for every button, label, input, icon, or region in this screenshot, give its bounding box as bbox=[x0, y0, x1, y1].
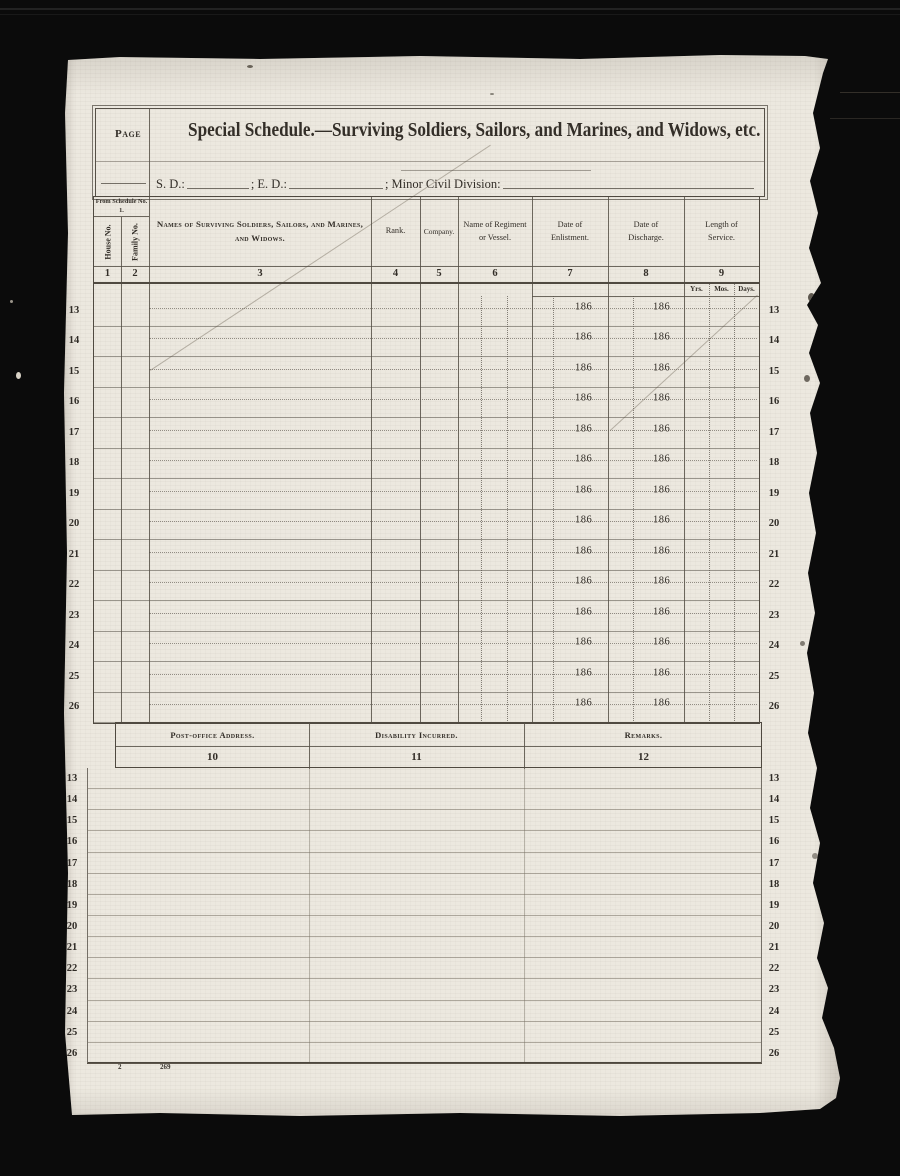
mcd-label: ; Minor Civil Division: bbox=[385, 178, 501, 191]
row-number: 14 bbox=[60, 326, 88, 357]
schedule-row: 186186 bbox=[94, 418, 759, 449]
col-number: 8 bbox=[608, 266, 684, 282]
row-numbers-right: 1314151617181920212223242526 bbox=[762, 768, 786, 1064]
scan-streak bbox=[0, 8, 900, 10]
schedule-row: 186186 bbox=[94, 510, 759, 541]
row-number: 25 bbox=[60, 1022, 84, 1043]
year-preprint-enlistment: 186 bbox=[575, 393, 592, 404]
row-number: 16 bbox=[760, 387, 788, 418]
mos-subheader: Mos. bbox=[709, 282, 734, 296]
edge-stain bbox=[804, 375, 810, 382]
edge-stain bbox=[814, 305, 819, 311]
col-number: 3 bbox=[149, 266, 371, 282]
edge-stain bbox=[808, 293, 815, 302]
row-number: 24 bbox=[760, 631, 788, 662]
row-number: 18 bbox=[762, 874, 786, 895]
year-preprint-enlistment: 186 bbox=[575, 362, 592, 373]
row-number: 17 bbox=[762, 853, 786, 874]
row-number: 21 bbox=[60, 539, 88, 570]
row-number: 26 bbox=[60, 1043, 84, 1064]
year-preprint-enlistment: 186 bbox=[575, 423, 592, 434]
row-number: 18 bbox=[60, 448, 88, 479]
row-number: 22 bbox=[762, 958, 786, 979]
row-numbers-left: 1314151617181920212223242526 bbox=[60, 768, 84, 1064]
row-number: 26 bbox=[762, 1043, 786, 1064]
form-title: Special Schedule.—Surviving Soldiers, Sa… bbox=[149, 120, 764, 142]
row-number: 19 bbox=[760, 478, 788, 509]
scan-speck bbox=[10, 300, 13, 303]
year-preprint-enlistment: 186 bbox=[575, 332, 592, 343]
scanned-page: Page Special Schedule.—Surviving Soldier… bbox=[60, 53, 848, 1118]
footer-form-number: 269 bbox=[160, 1063, 171, 1071]
address-row bbox=[88, 874, 761, 895]
service-header: Length of Service. bbox=[684, 197, 759, 266]
year-preprint-enlistment: 186 bbox=[575, 484, 592, 495]
row-number: 23 bbox=[60, 979, 84, 1000]
scan-speck bbox=[16, 372, 21, 379]
year-preprint-discharge: 186 bbox=[653, 637, 670, 648]
year-preprint-discharge: 186 bbox=[653, 362, 670, 373]
company-header: Company. bbox=[420, 197, 458, 266]
address-row bbox=[88, 958, 761, 979]
schedule-row: 186186 bbox=[94, 449, 759, 480]
scan-streak bbox=[840, 92, 900, 93]
address-row bbox=[88, 1001, 761, 1022]
year-preprint-enlistment: 186 bbox=[575, 576, 592, 587]
row-number: 13 bbox=[760, 295, 788, 326]
col-number: 2 bbox=[121, 266, 149, 282]
schedule-row: 186186 bbox=[94, 327, 759, 358]
row-number: 20 bbox=[60, 916, 84, 937]
col-number: 10 bbox=[116, 746, 309, 769]
row-number: 14 bbox=[762, 789, 786, 810]
address-row bbox=[88, 895, 761, 916]
col-number: 4 bbox=[371, 266, 420, 282]
schedule-row: 186186 bbox=[94, 540, 759, 571]
row-number: 23 bbox=[760, 600, 788, 631]
row-number: 20 bbox=[762, 916, 786, 937]
row-number: 24 bbox=[60, 631, 88, 662]
year-preprint-discharge: 186 bbox=[653, 545, 670, 556]
row-number: 18 bbox=[760, 448, 788, 479]
row-number: 18 bbox=[60, 874, 84, 895]
row-number: 21 bbox=[60, 937, 84, 958]
year-preprint-discharge: 186 bbox=[653, 515, 670, 526]
remarks-header: Remarks. bbox=[524, 723, 763, 746]
year-preprint-discharge: 186 bbox=[653, 698, 670, 709]
row-rule-heavy bbox=[94, 282, 759, 284]
scan-streak bbox=[830, 118, 900, 119]
address-row bbox=[88, 1043, 761, 1064]
year-preprint-enlistment: 186 bbox=[575, 606, 592, 617]
regiment-header: Name of Regiment or Vessel. bbox=[458, 197, 532, 266]
row-numbers-left: 1314151617181920212223242526 bbox=[60, 295, 88, 722]
year-preprint-enlistment: 186 bbox=[575, 637, 592, 648]
row-number: 15 bbox=[762, 810, 786, 831]
col-number: 11 bbox=[309, 746, 524, 769]
form-header-box: Page Special Schedule.—Surviving Soldier… bbox=[95, 108, 765, 197]
row-number: 19 bbox=[60, 895, 84, 916]
year-preprint-enlistment: 186 bbox=[575, 667, 592, 678]
scan-streak bbox=[0, 14, 900, 15]
address-row bbox=[88, 810, 761, 831]
row-number: 15 bbox=[60, 810, 84, 831]
page-number-blank bbox=[101, 183, 146, 184]
year-preprint-discharge: 186 bbox=[653, 332, 670, 343]
col-number: 1 bbox=[94, 266, 121, 282]
row-number: 14 bbox=[760, 326, 788, 357]
address-row bbox=[88, 937, 761, 958]
row-number: 26 bbox=[760, 692, 788, 723]
row-number: 17 bbox=[60, 417, 88, 448]
edge-stain bbox=[812, 853, 818, 859]
row-number: 16 bbox=[60, 387, 88, 418]
footer-page-mark: 2 bbox=[118, 1063, 122, 1071]
row-number: 23 bbox=[60, 600, 88, 631]
row-number: 22 bbox=[60, 958, 84, 979]
page-label: Page bbox=[106, 128, 150, 140]
row-number: 21 bbox=[760, 539, 788, 570]
row-number: 17 bbox=[760, 417, 788, 448]
row-number: 15 bbox=[760, 356, 788, 387]
row-number: 22 bbox=[760, 570, 788, 601]
row-numbers-right: 1314151617181920212223242526 bbox=[760, 295, 788, 722]
year-preprint-discharge: 186 bbox=[653, 454, 670, 465]
year-preprint-enlistment: 186 bbox=[575, 698, 592, 709]
row-number: 16 bbox=[762, 831, 786, 852]
from-schedule-label: From Schedule No. 1. bbox=[94, 197, 149, 217]
year-preprint-discharge: 186 bbox=[653, 667, 670, 678]
col-number: 12 bbox=[524, 746, 763, 769]
sd-blank bbox=[187, 186, 249, 189]
col-number: 5 bbox=[420, 266, 458, 282]
address-row bbox=[88, 768, 761, 789]
yrs-subheader: Yrs. bbox=[684, 282, 709, 296]
names-header: Names of Surviving Soldiers, Sailors, an… bbox=[149, 197, 371, 266]
schedule-row: 186186 bbox=[94, 296, 759, 327]
schedule-row: 186186 bbox=[94, 693, 759, 724]
address-row bbox=[88, 789, 761, 810]
soldiers-table: From Schedule No. 1. House No. Family No… bbox=[93, 196, 760, 724]
schedule-row: 186186 bbox=[94, 479, 759, 510]
year-preprint-enlistment: 186 bbox=[575, 301, 592, 312]
address-row bbox=[88, 853, 761, 874]
row-number: 22 bbox=[60, 570, 88, 601]
year-preprint-discharge: 186 bbox=[653, 301, 670, 312]
row-number: 20 bbox=[60, 509, 88, 540]
enlistment-header: Date of Enlistment. bbox=[532, 197, 608, 266]
ed-blank bbox=[289, 186, 383, 189]
schedule-row: 186186 bbox=[94, 571, 759, 602]
address-row bbox=[88, 979, 761, 1000]
discharge-header: Date of Discharge. bbox=[608, 197, 684, 266]
rank-header: Rank. bbox=[371, 197, 420, 266]
row-number: 13 bbox=[762, 768, 786, 789]
row-number: 26 bbox=[60, 692, 88, 723]
ed-label: ; E. D.: bbox=[251, 178, 287, 191]
col-number: 7 bbox=[532, 266, 608, 282]
ink-speck bbox=[490, 93, 494, 95]
row-number: 19 bbox=[762, 895, 786, 916]
address-row bbox=[88, 1022, 761, 1043]
schedule-row: 186186 bbox=[94, 388, 759, 419]
col-rule bbox=[309, 768, 310, 1062]
row-number: 21 bbox=[762, 937, 786, 958]
col-number: 9 bbox=[684, 266, 759, 282]
row-number: 25 bbox=[60, 661, 88, 692]
edge-stain bbox=[812, 349, 817, 354]
schedule-rows: 1861861861861861861861861861861861861861… bbox=[94, 296, 759, 723]
mcd-blank bbox=[503, 186, 754, 189]
row-number: 19 bbox=[60, 478, 88, 509]
col-rule bbox=[524, 768, 525, 1062]
edge-stain bbox=[800, 641, 805, 646]
year-preprint-enlistment: 186 bbox=[575, 515, 592, 526]
address-row bbox=[88, 916, 761, 937]
year-preprint-discharge: 186 bbox=[653, 606, 670, 617]
house-no-label: House No. bbox=[103, 224, 112, 259]
row-number: 16 bbox=[60, 831, 84, 852]
address-rows bbox=[87, 768, 762, 1064]
address-header-box: Post-office Address. Disability Incurred… bbox=[115, 722, 762, 768]
family-no-label: Family No. bbox=[131, 223, 140, 261]
row-number: 14 bbox=[60, 789, 84, 810]
scan-background: Page Special Schedule.—Surviving Soldier… bbox=[0, 0, 900, 1176]
row-number: 20 bbox=[760, 509, 788, 540]
col-number: 6 bbox=[458, 266, 532, 282]
row-number: 13 bbox=[60, 295, 88, 326]
year-preprint-enlistment: 186 bbox=[575, 545, 592, 556]
row-number: 17 bbox=[60, 853, 84, 874]
sd-label: S. D.: bbox=[156, 178, 185, 191]
year-preprint-discharge: 186 bbox=[653, 576, 670, 587]
year-preprint-discharge: 186 bbox=[653, 423, 670, 434]
schedule-row: 186186 bbox=[94, 632, 759, 663]
row-number: 24 bbox=[60, 1001, 84, 1022]
row-number: 25 bbox=[762, 1022, 786, 1043]
disability-header: Disability Incurred. bbox=[309, 723, 524, 746]
postoffice-header: Post-office Address. bbox=[116, 723, 309, 746]
row-number: 24 bbox=[762, 1001, 786, 1022]
district-row: S. D.: ; E. D.: ; Minor Civil Division: bbox=[156, 166, 756, 190]
row-number: 13 bbox=[60, 768, 84, 789]
year-preprint-discharge: 186 bbox=[653, 393, 670, 404]
year-preprint-enlistment: 186 bbox=[575, 454, 592, 465]
ink-speck bbox=[247, 65, 253, 68]
schedule-row: 186186 bbox=[94, 662, 759, 693]
schedule-row: 186186 bbox=[94, 357, 759, 388]
row-number: 15 bbox=[60, 356, 88, 387]
row-number: 25 bbox=[760, 661, 788, 692]
schedule-row: 186186 bbox=[94, 601, 759, 632]
year-preprint-discharge: 186 bbox=[653, 484, 670, 495]
title-separator bbox=[96, 161, 764, 162]
address-row bbox=[88, 831, 761, 852]
row-number: 23 bbox=[762, 979, 786, 1000]
days-subheader: Days. bbox=[734, 282, 759, 296]
